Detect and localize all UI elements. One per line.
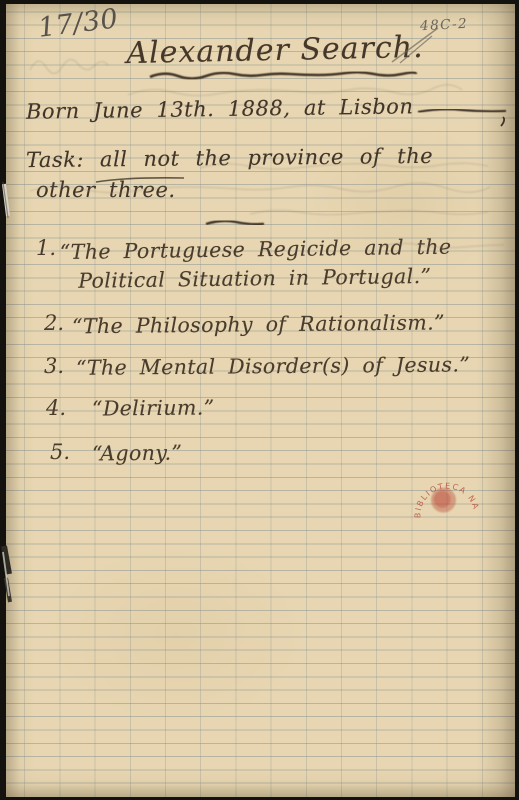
list-item-text: “The Portuguese Regicide and the Politic…: [60, 232, 499, 296]
paper-stain: [46, 544, 306, 724]
task-line-2: other three.: [36, 178, 176, 202]
list-item-text: “The Mental Disorder(s) of Jesus.”: [76, 350, 496, 383]
list-item-number: 3.: [44, 354, 64, 378]
list-item-number: 4.: [46, 396, 66, 420]
list-item-text: “Delirium.”: [92, 393, 215, 423]
list-item-text: “The Philosophy of Rationalism.”: [72, 308, 512, 342]
list-item-text: “Agony.”: [92, 439, 183, 469]
list-item-number: 1.: [36, 236, 56, 260]
list-item-number: 5.: [50, 440, 70, 464]
page-title: Alexander Search.: [100, 29, 451, 71]
task-line-1: Task: all not the province of the: [26, 144, 433, 172]
list-item-number: 2.: [44, 311, 64, 335]
notebook-paper: [6, 4, 515, 797]
scanned-manuscript-page: 17/30 48C-2 Alexander Search. Born June …: [0, 0, 519, 800]
